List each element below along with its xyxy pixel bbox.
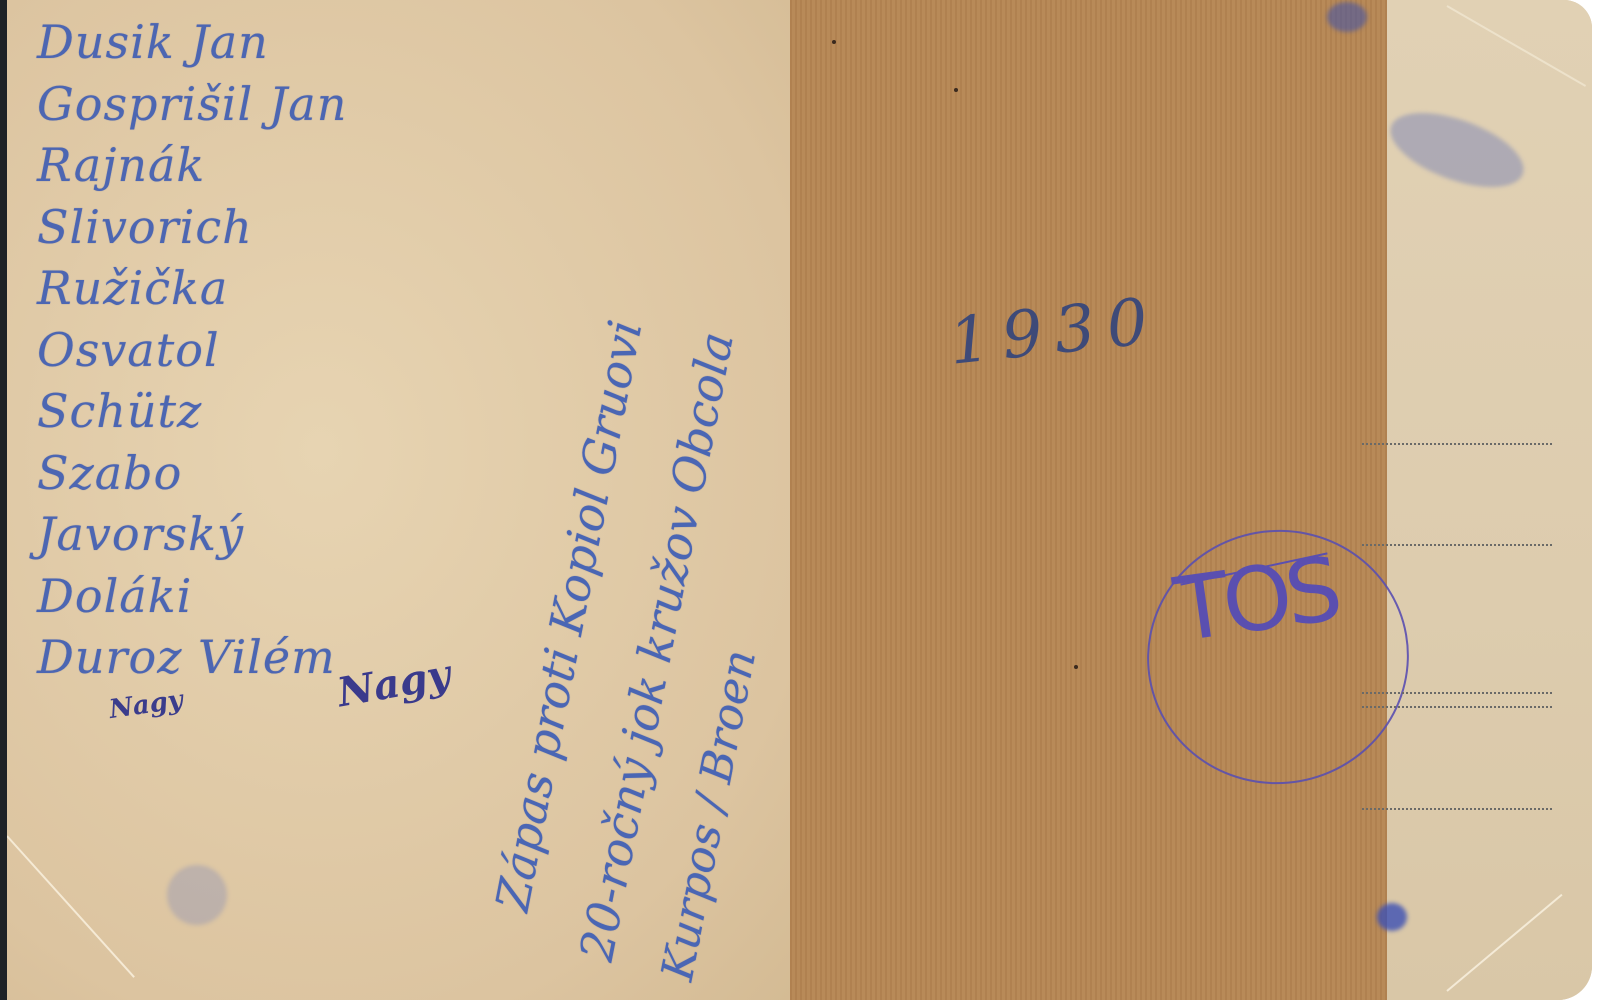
list-item: Rajnák bbox=[37, 135, 347, 197]
list-item: Slivorich bbox=[37, 197, 347, 259]
list-item: Gosprišil Jan bbox=[37, 74, 347, 136]
address-line-1 bbox=[1362, 443, 1552, 445]
list-item: Duroz Vilém bbox=[37, 627, 347, 689]
list-item: Osvatol bbox=[37, 320, 347, 382]
address-line-2 bbox=[1362, 544, 1552, 546]
names-list: Dusik Jan Gosprišil Jan Rajnák Slivorich… bbox=[37, 12, 347, 689]
list-item: Ružička bbox=[37, 258, 347, 320]
ink-smudge-bottom-left bbox=[167, 865, 227, 925]
scan-border bbox=[0, 0, 7, 1000]
kraft-paper-strip bbox=[790, 0, 1387, 1000]
list-item: Szabo bbox=[37, 443, 347, 505]
list-item: Schütz bbox=[37, 381, 347, 443]
speck bbox=[832, 40, 836, 44]
ink-blot-bottom-right bbox=[1377, 903, 1407, 931]
list-item: Javorský bbox=[37, 504, 347, 566]
list-item: Dusik Jan bbox=[37, 12, 347, 74]
list-item: Doláki bbox=[37, 566, 347, 628]
ink-smudge-top-edge bbox=[1327, 2, 1367, 32]
address-line-3 bbox=[1362, 692, 1552, 694]
address-line-5 bbox=[1362, 808, 1552, 810]
speck bbox=[1074, 665, 1078, 669]
address-line-4 bbox=[1362, 706, 1552, 708]
postcard: Dusik Jan Gosprišil Jan Rajnák Slivorich… bbox=[7, 0, 1592, 1000]
speck bbox=[954, 88, 958, 92]
